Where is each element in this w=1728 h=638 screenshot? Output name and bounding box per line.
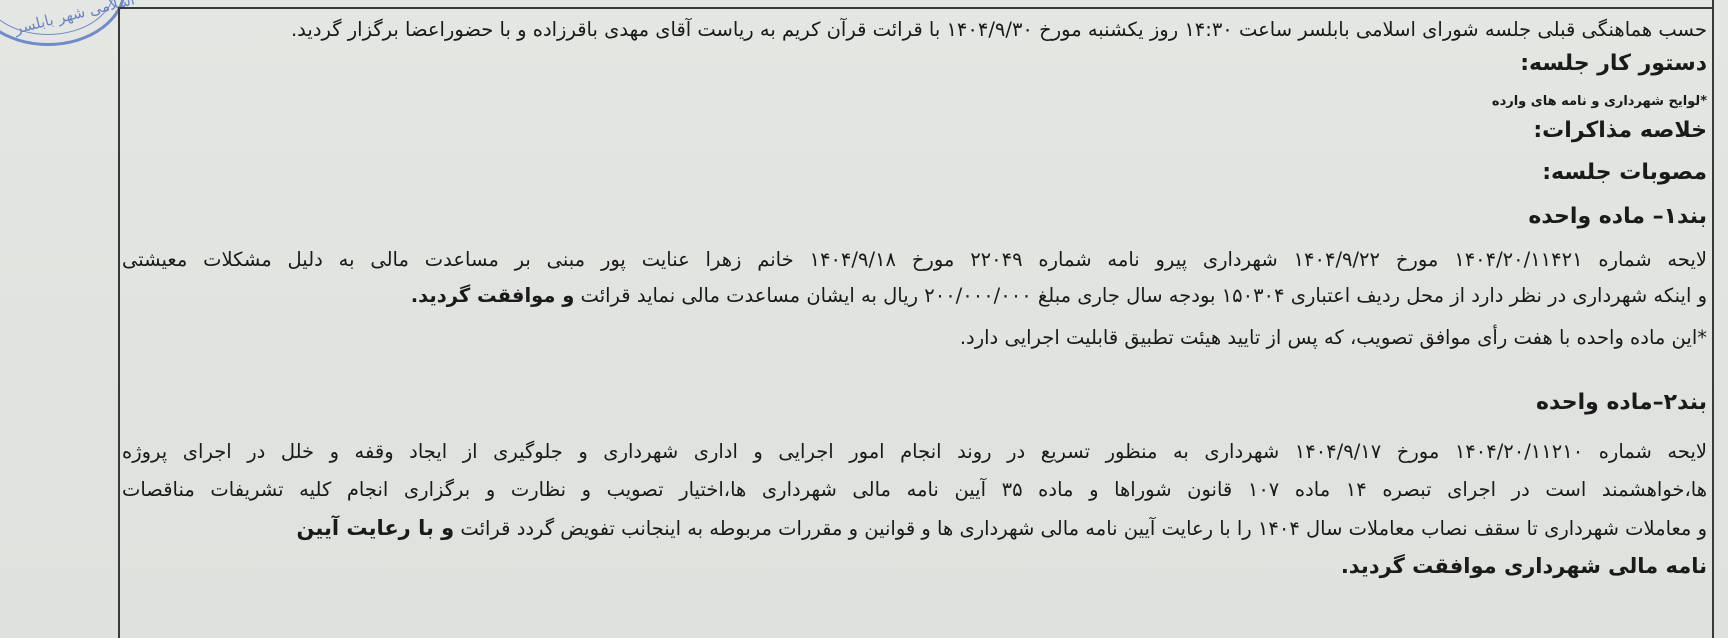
table-top-border [118,7,1713,9]
resolution-1-heading: بند۱– ماده واحده [1528,204,1707,229]
agenda-item: *لوایح شهرداری و نامه های وارده [1492,94,1707,109]
intro-text: حسب هماهنگی قبلی جلسه شورای اسلامی بابلس… [291,18,1707,41]
resolution-2-body-line-1: لایحه شماره ۱۴۰۴/۲۰/۱۱۲۱۰ مورخ ۱۴۰۴/۹/۱۷… [122,440,1707,463]
resolution-2-body-line-3-text: و معاملات شهرداری تا سقف نصاب معاملات سا… [454,517,1707,540]
resolution-1-approval: و موافقت گردید. [411,284,575,307]
discussion-summary-title: خلاصه مذاکرات: [1533,118,1707,143]
agenda-title: دستور کار جلسه: [1520,51,1707,76]
council-seal-stamp: اسلامی شهر بابلسر [0,0,126,46]
resolution-1-body-line-2: و اینکه شهرداری در نظر دارد از محل ردیف … [411,284,1707,307]
resolution-1-body-line-1: لایحه شماره ۱۴۰۴/۲۰/۱۱۴۲۱ مورخ ۱۴۰۴/۹/۲۲… [122,248,1707,271]
resolution-2-approval-part-1: و با رعایت آیین [296,516,454,540]
resolution-2-body-line-2: ها،خواهشمند است در اجرای تبصره ۱۴ ماده ۱… [122,478,1707,501]
scanned-document-page: اسلامی شهر بابلسر حسب هماهنگی قبلی جلسه … [0,0,1728,638]
intro-paragraph: حسب هماهنگی قبلی جلسه شورای اسلامی بابلس… [291,18,1707,41]
table-left-border [118,7,120,638]
resolution-1-body-line-2-text: و اینکه شهرداری در نظر دارد از محل ردیف … [574,284,1707,307]
resolution-1-note: *این ماده واحده با هفت رأی موافق تصویب، … [960,326,1707,349]
table-right-border [1712,0,1714,638]
resolution-2-approval-part-2: نامه مالی شهرداری موافقت گردید. [1341,554,1707,578]
resolution-2-heading: بند۲–ماده واحده [1536,390,1707,415]
resolution-2-body-line-3: و معاملات شهرداری تا سقف نصاب معاملات سا… [296,516,1707,540]
resolutions-title: مصوبات جلسه: [1542,160,1707,185]
